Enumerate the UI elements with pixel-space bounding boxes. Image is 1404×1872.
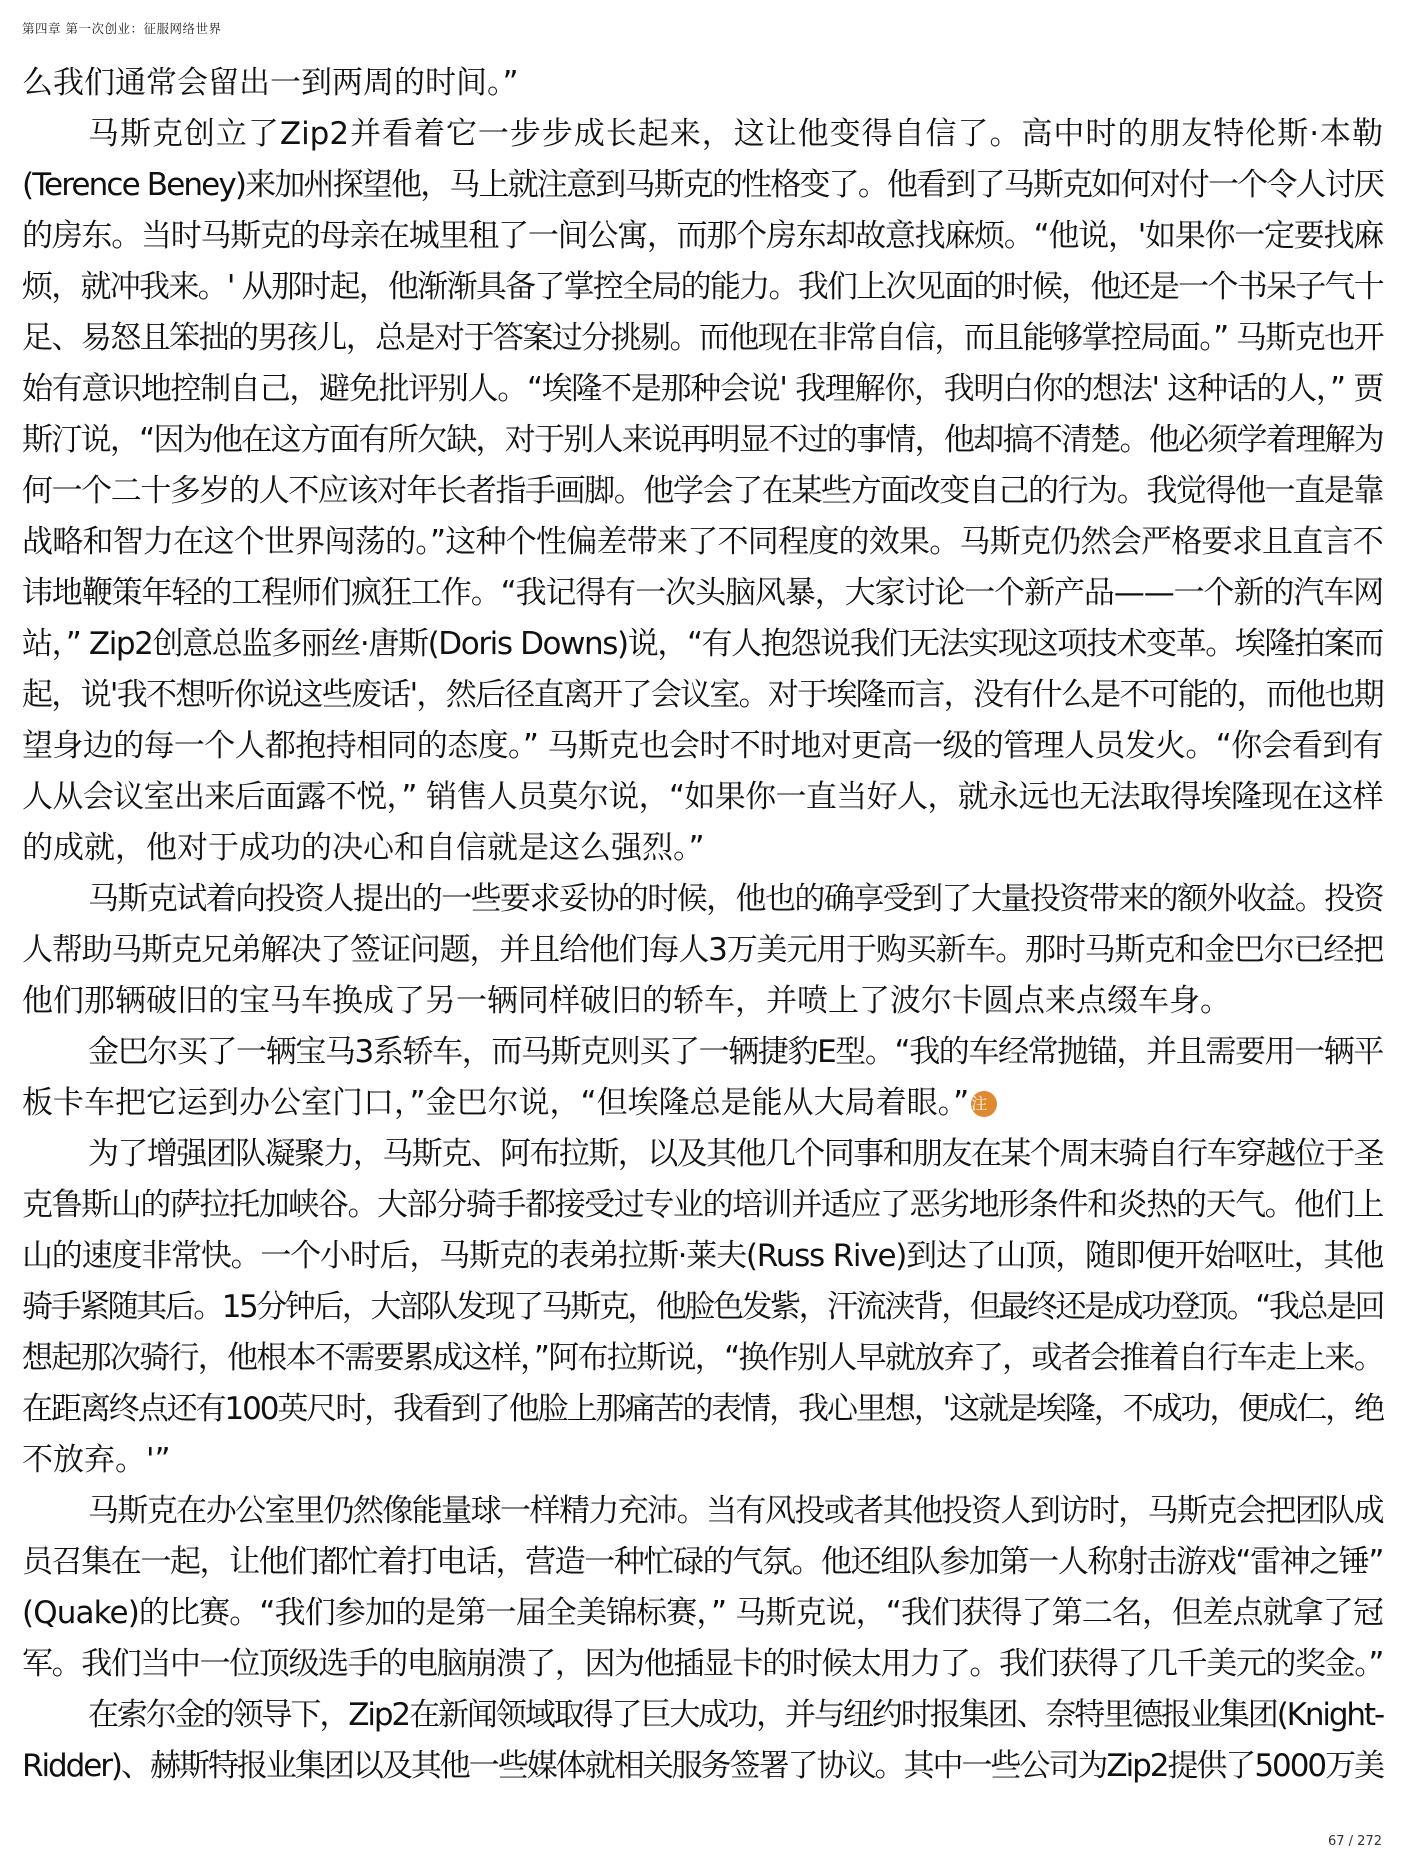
text-line: 军。我们当中一位顶级选手的电脑崩溃了，因为他插显卡的时候太用力了。我们获得了几千…	[22, 1639, 1383, 1690]
line-text: 烦，就冲我来。' 从那时起，他渐渐具备了掌控全局的能力。我们上次见面的时候，他还…	[22, 269, 1383, 305]
line-text: Ridder)、赫斯特报业集团以及其他一些媒体就相关服务签署了协议。其中一些公司…	[22, 1748, 1383, 1784]
text-line: 为了增强团队凝聚力，马斯克、阿布拉斯，以及其他几个同事和朋友在某个周末骑自行车穿…	[22, 1129, 1383, 1180]
text-line: 在索尔金的领导下，Zip2在新闻领域取得了巨大成功，并与纽约时报集团、奈特里德报…	[22, 1690, 1383, 1741]
text-line: 望身边的每一个人都抱持相同的态度。” 马斯克也会时不时地对更高一级的管理人员发火…	[22, 721, 1383, 772]
text-line: 人帮助马斯克兄弟解决了签证问题，并且给他们每人3万美元用于购买新车。那时马斯克和…	[22, 925, 1383, 976]
text-line: 想起那次骑行，他根本不需要累成这样，”阿布拉斯说，“换作别人早就放弃了，或者会推…	[22, 1333, 1383, 1384]
line-text: 人从会议室出来后面露不悦，” 销售人员莫尔说，“如果你一直当好人，就永远也无法取…	[22, 779, 1383, 815]
line-text: 么我们通常会留出一到两周的时间。”	[22, 65, 519, 101]
text-line: 么我们通常会留出一到两周的时间。”	[22, 58, 1383, 109]
text-line: 何一个二十多岁的人不应该对年长者指手画脚。他学会了在某些方面改变自己的行为。我觉…	[22, 466, 1383, 517]
text-line: 骑手紧随其后。15分钟后，大部队发现了马斯克，他脸色发紫，汗流浃背，但最终还是成…	[22, 1282, 1383, 1333]
page-number: 67 / 272	[1328, 1834, 1382, 1849]
line-text: 骑手紧随其后。15分钟后，大部队发现了马斯克，他脸色发紫，汗流浃背，但最终还是成…	[22, 1289, 1383, 1325]
line-text: 足、易怒且笨拙的男孩儿，总是对于答案过分挑剔。而他现在非常自信，而且能够掌控局面…	[22, 320, 1383, 356]
text-line: 金巴尔买了一辆宝马3系轿车，而马斯克则买了一辆捷豹E型。“我的车经常抛锚，并且需…	[22, 1027, 1383, 1078]
line-text: 马斯克创立了Zip2并看着它一步步成长起来，这让他变得自信了。高中时的朋友特伦斯…	[88, 116, 1383, 152]
text-line: Ridder)、赫斯特报业集团以及其他一些媒体就相关服务签署了协议。其中一些公司…	[22, 1741, 1383, 1792]
line-text: 讳地鞭策年轻的工程师们疯狂工作。“我记得有一次头脑风暴，大家讨论一个新产品——一…	[22, 575, 1383, 611]
line-text: 想起那次骑行，他根本不需要累成这样，”阿布拉斯说，“换作别人早就放弃了，或者会推…	[22, 1340, 1383, 1376]
line-text: 为了增强团队凝聚力，马斯克、阿布拉斯，以及其他几个同事和朋友在某个周末骑自行车穿…	[88, 1136, 1383, 1172]
text-line: 的成就，他对于成功的决心和自信就是这么强烈。”	[22, 823, 1383, 874]
text-line: 板卡车把它运到办公室门口，”金巴尔说，“但埃隆总是能从大局着眼。”注	[22, 1078, 1383, 1129]
text-line: (Quake)的比赛。“我们参加的是第一届全美锦标赛，” 马斯克说，“我们获得了…	[22, 1588, 1383, 1639]
line-text: 的成就，他对于成功的决心和自信就是这么强烈。”	[22, 830, 705, 866]
line-text: 板卡车把它运到办公室门口，”金巴尔说，“但埃隆总是能从大局着眼。”	[22, 1085, 969, 1121]
running-header: 第四章 第一次创业：征服网络世界	[22, 19, 221, 37]
line-text: 斯汀说，“因为他在这方面有所欠缺，对于别人来说再明显不过的事情，他却搞不清楚。他…	[22, 422, 1383, 458]
text-line: 斯汀说，“因为他在这方面有所欠缺，对于别人来说再明显不过的事情，他却搞不清楚。他…	[22, 415, 1383, 466]
text-line: 起，说'我不想听你说这些废话'，然后径直离开了会议室。对于埃隆而言，没有什么是不…	[22, 670, 1383, 721]
text-line: 他们那辆破旧的宝马车换成了另一辆同样破旧的轿车，并喷上了波尔卡圆点来点缀车身。	[22, 976, 1383, 1027]
text-line: 足、易怒且笨拙的男孩儿，总是对于答案过分挑剔。而他现在非常自信，而且能够掌控局面…	[22, 313, 1383, 364]
text-line: 站，” Zip2创意总监多丽丝·唐斯(Doris Downs)说，“有人抱怨说我…	[22, 619, 1383, 670]
page-body: 么我们通常会留出一到两周的时间。”马斯克创立了Zip2并看着它一步步成长起来，这…	[22, 58, 1383, 1792]
line-text: 军。我们当中一位顶级选手的电脑崩溃了，因为他插显卡的时候太用力了。我们获得了几千…	[22, 1646, 1383, 1682]
text-line: 山的速度非常快。一个小时后，马斯克的表弟拉斯·莱夫(Russ Rive)到达了山…	[22, 1231, 1383, 1282]
text-line: 马斯克试着向投资人提出的一些要求妥协的时候，他也的确享受到了大量投资带来的额外收…	[22, 874, 1383, 925]
text-line: 不放弃。'”	[22, 1435, 1383, 1486]
text-line: (Terence Beney)来加州探望他，马上就注意到马斯克的性格变了。他看到…	[22, 160, 1383, 211]
line-text: 山的速度非常快。一个小时后，马斯克的表弟拉斯·莱夫(Russ Rive)到达了山…	[22, 1238, 1383, 1274]
text-line: 始有意识地控制自己，避免批评别人。“埃隆不是那种会说' 我理解你，我明白你的想法…	[22, 364, 1383, 415]
text-line: 马斯克创立了Zip2并看着它一步步成长起来，这让他变得自信了。高中时的朋友特伦斯…	[22, 109, 1383, 160]
footnote-badge-icon[interactable]: 注	[971, 1091, 997, 1117]
line-text: 在距离终点还有100英尺时，我看到了他脸上那痛苦的表情，我心里想，'这就是埃隆，…	[22, 1391, 1383, 1427]
line-text: 马斯克在办公室里仍然像能量球一样精力充沛。当有风投或者其他投资人到访时，马斯克会…	[88, 1493, 1383, 1529]
line-text: 马斯克试着向投资人提出的一些要求妥协的时候，他也的确享受到了大量投资带来的额外收…	[88, 881, 1383, 917]
line-text: 在索尔金的领导下，Zip2在新闻领域取得了巨大成功，并与纽约时报集团、奈特里德报…	[88, 1697, 1383, 1733]
text-line: 讳地鞭策年轻的工程师们疯狂工作。“我记得有一次头脑风暴，大家讨论一个新产品——一…	[22, 568, 1383, 619]
line-text: (Quake)的比赛。“我们参加的是第一届全美锦标赛，” 马斯克说，“我们获得了…	[22, 1595, 1383, 1631]
line-text: 人帮助马斯克兄弟解决了签证问题，并且给他们每人3万美元用于购买新车。那时马斯克和…	[22, 932, 1383, 968]
line-text: 何一个二十多岁的人不应该对年长者指手画脚。他学会了在某些方面改变自己的行为。我觉…	[22, 473, 1383, 509]
text-line: 克鲁斯山的萨拉托加峡谷。大部分骑手都接受过专业的培训并适应了恶劣地形条件和炎热的…	[22, 1180, 1383, 1231]
text-line: 烦，就冲我来。' 从那时起，他渐渐具备了掌控全局的能力。我们上次见面的时候，他还…	[22, 262, 1383, 313]
text-line: 马斯克在办公室里仍然像能量球一样精力充沛。当有风投或者其他投资人到访时，马斯克会…	[22, 1486, 1383, 1537]
line-text: 始有意识地控制自己，避免批评别人。“埃隆不是那种会说' 我理解你，我明白你的想法…	[22, 371, 1383, 407]
line-text: 金巴尔买了一辆宝马3系轿车，而马斯克则买了一辆捷豹E型。“我的车经常抛锚，并且需…	[88, 1034, 1383, 1070]
text-line: 在距离终点还有100英尺时，我看到了他脸上那痛苦的表情，我心里想，'这就是埃隆，…	[22, 1384, 1383, 1435]
line-text: 战略和智力在这个世界闯荡的。”这种个性偏差带来了不同程度的效果。马斯克仍然会严格…	[22, 524, 1383, 560]
line-text: 克鲁斯山的萨拉托加峡谷。大部分骑手都接受过专业的培训并适应了恶劣地形条件和炎热的…	[22, 1187, 1383, 1223]
text-line: 员召集在一起，让他们都忙着打电话，营造一种忙碌的气氛。他还组队参加第一人称射击游…	[22, 1537, 1383, 1588]
line-text: 的房东。当时马斯克的母亲在城里租了一间公寓，而那个房东却故意找麻烦。“他说，'如…	[22, 218, 1383, 254]
line-text: 起，说'我不想听你说这些废话'，然后径直离开了会议室。对于埃隆而言，没有什么是不…	[22, 677, 1383, 713]
text-line: 的房东。当时马斯克的母亲在城里租了一间公寓，而那个房东却故意找麻烦。“他说，'如…	[22, 211, 1383, 262]
text-line: 人从会议室出来后面露不悦，” 销售人员莫尔说，“如果你一直当好人，就永远也无法取…	[22, 772, 1383, 823]
line-text: 站，” Zip2创意总监多丽丝·唐斯(Doris Downs)说，“有人抱怨说我…	[22, 626, 1383, 662]
line-text: 望身边的每一个人都抱持相同的态度。” 马斯克也会时不时地对更高一级的管理人员发火…	[22, 728, 1383, 764]
line-text: 他们那辆破旧的宝马车换成了另一辆同样破旧的轿车，并喷上了波尔卡圆点来点缀车身。	[22, 983, 1231, 1019]
line-text: (Terence Beney)来加州探望他，马上就注意到马斯克的性格变了。他看到…	[22, 167, 1383, 203]
line-text: 员召集在一起，让他们都忙着打电话，营造一种忙碌的气氛。他还组队参加第一人称射击游…	[22, 1544, 1383, 1580]
line-text: 不放弃。'”	[22, 1442, 171, 1478]
text-line: 战略和智力在这个世界闯荡的。”这种个性偏差带来了不同程度的效果。马斯克仍然会严格…	[22, 517, 1383, 568]
